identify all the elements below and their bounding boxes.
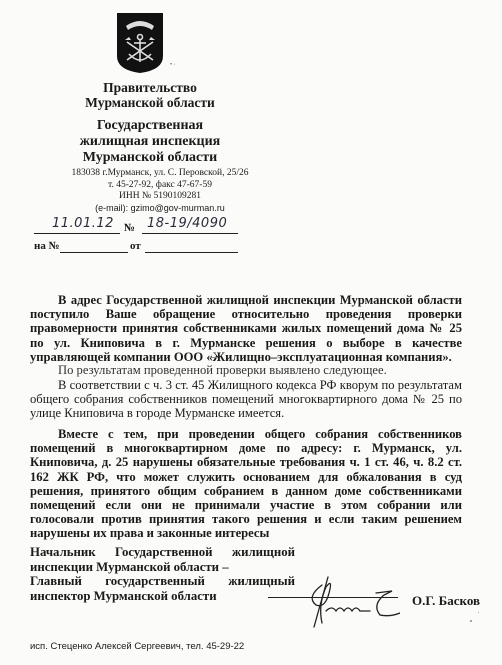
paragraph-3: В соответствии с ч. 3 ст. 45 Жилищного к…	[30, 378, 462, 421]
number-label: №	[124, 222, 135, 234]
scan-artifact	[478, 612, 479, 613]
paragraph-4: Вместе с тем, при проведении общего собр…	[30, 427, 462, 541]
signer-name: О.Г. Басков	[412, 593, 480, 609]
phone-fax: т. 45-27-92, факс 47-67-59	[60, 180, 260, 192]
inspection-heading: Государственная жилищная инспекция Мурма…	[60, 118, 240, 166]
inn: ИНН № 5190109281	[60, 191, 260, 203]
government-heading: Правительство Мурманской области	[60, 80, 240, 110]
executor-contact: исп. Стеценко Алексей Сергеевич, тел. 45…	[30, 641, 244, 652]
scan-artifact	[470, 620, 472, 622]
email: (e-mail): gzimo@gov-murman.ru	[60, 203, 260, 215]
reply-to-field	[60, 238, 128, 253]
reply-to-label: на №	[34, 240, 60, 252]
date-handwritten: 11.01.12	[52, 216, 114, 231]
scan-artifact: • ·	[170, 62, 176, 68]
from-label: от	[130, 240, 141, 252]
official-letter: • · Правительство Мурманской области Гос…	[0, 0, 502, 665]
scan-artifact	[210, 357, 218, 358]
handwritten-signature-icon	[300, 575, 400, 630]
signer-title: Начальник Государственной жилищной инспе…	[30, 545, 295, 603]
contact-details: 183038 г.Мурманск, ул. С. Перовской, 25/…	[60, 168, 260, 214]
address: 183038 г.Мурманск, ул. С. Перовской, 25/…	[60, 168, 260, 180]
number-handwritten: 18-19/4090	[147, 216, 227, 231]
from-field	[145, 238, 238, 253]
paragraph-2: По результатам проведенной проверки выяв…	[30, 363, 462, 377]
paragraph-1: В адрес Государственной жилищной инспекц…	[30, 293, 462, 364]
murmansk-coat-of-arms-icon	[116, 12, 164, 74]
